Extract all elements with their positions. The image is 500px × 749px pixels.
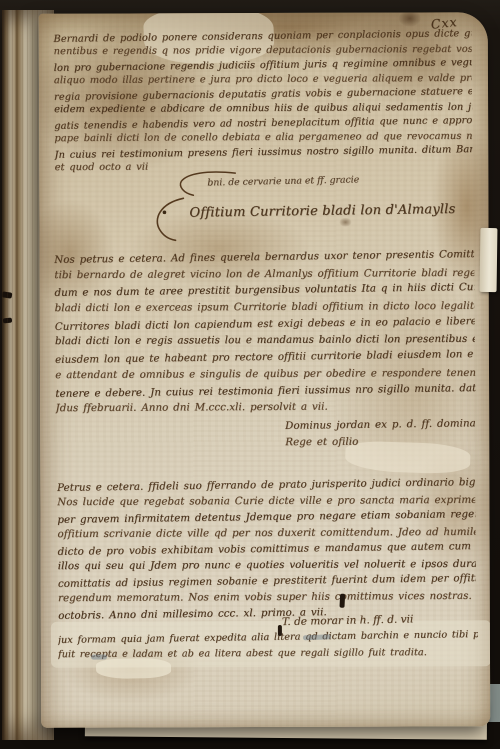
stain bbox=[339, 218, 351, 227]
entry-heading-title: Offitium Curritorie bladi lon d'Almaylls bbox=[189, 202, 455, 221]
manuscript-line: et quod octo a vii bbox=[55, 159, 473, 176]
spine-ink-mark bbox=[3, 318, 12, 324]
photo-backdrop: Cxx Bernardi de podiolo ponere considera… bbox=[0, 0, 500, 749]
signature-line: Rege et ofilio bbox=[285, 434, 475, 452]
rubric-margin-note: bni. de cervarie una et ff. gracie bbox=[207, 174, 359, 188]
heading-bracket-icon bbox=[151, 195, 187, 243]
grant-entry-text: Nos petrus e cetera. Ad fines querela be… bbox=[54, 248, 475, 419]
manuscript-line: Jdus ffebruarii. Anno dni M.ccc.xli. per… bbox=[55, 399, 475, 418]
intro-entry-text: Bernardi de podiolo ponere considerans q… bbox=[53, 28, 472, 176]
manuscript-page: Cxx Bernardi de podiolo ponere considera… bbox=[39, 12, 490, 728]
manuscript-line: fuit recepta e ladam et ab ea litera abe… bbox=[58, 645, 478, 664]
signature-line: Dominus jordan ex p. d. ff. domina bbox=[285, 417, 475, 436]
stain bbox=[399, 12, 421, 26]
fore-edge-tab bbox=[480, 228, 498, 292]
spine-ink-mark bbox=[2, 291, 13, 298]
postscript-note: jux formam quia jam fuerat expedita alia… bbox=[58, 628, 478, 664]
commission-entry-text: Petrus e cetera. ffideli suo fferrando d… bbox=[57, 476, 476, 624]
signature-block: Dominus jordan ex p. d. ff. dominaRege e… bbox=[285, 417, 475, 452]
registrar-side-note: T. de morar in h. ff. d. vii bbox=[282, 613, 414, 628]
